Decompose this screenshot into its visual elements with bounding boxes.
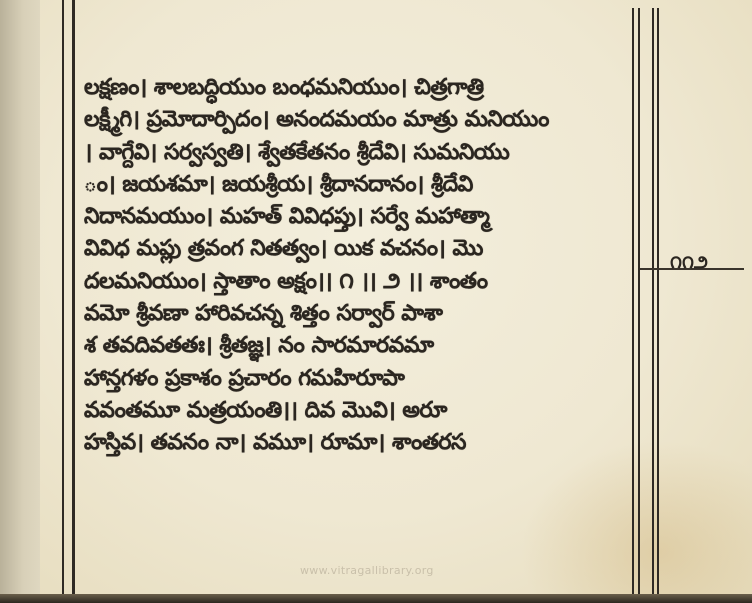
- text-line-11: వవంతమూ మత్రయంతి।। దివ మొవి। అరూ: [84, 395, 630, 427]
- margin-page-number: ౧౧౨: [670, 252, 708, 277]
- text-line-6: వివిధ మప్లు త్రవంగ నితత్వం। యిక వచనం। మొ: [84, 233, 630, 265]
- text-line-3: । వాగ్దేవి। సర్వస్వతి। శ్వేతకేతనం శ్రీదే…: [84, 137, 630, 169]
- text-line-8: వమో శ్రీవణా హారివచన్న శిత్తం సర్వార్‌ పా…: [84, 298, 630, 330]
- text-line-10: హాన్తగళం ప్రకాశం ప్రచారం గమహిరూపా: [84, 363, 630, 395]
- right-border-rule-1: [632, 8, 634, 595]
- left-border-rule-inner: [72, 0, 75, 595]
- text-line-1: లక్షణం। శాలబద్ధియుం బంధమనియుం। చిత్రగాత్…: [84, 72, 630, 104]
- right-border-rule-3: [652, 8, 654, 595]
- text-line-2: లక్ష్మీగి। ప్రమోదార్పిదం। అనందమయం మాత్రు…: [84, 104, 630, 136]
- text-line-4: ం। జయశమా। జయశ్రీయ। శ్రీదానదానం। శ్రీదేవి: [84, 169, 630, 201]
- paper-stain: [520, 440, 752, 600]
- text-line-9: శ తవదివతతః। శ్రీతజ్ఞ। నం సారమారవమా: [84, 330, 630, 362]
- page-bottom-edge: [0, 594, 752, 603]
- text-line-12: హస్తివ। తవనం నా। వమూ। రూమా। శాంతరస: [84, 427, 630, 459]
- right-border-rule-2: [638, 8, 640, 595]
- text-line-5: నిదానమయుం। మహత్‌ వివిధప్తు। సర్వే మహాత్మ…: [84, 201, 630, 233]
- text-line-7: దలమనియుం। స్తాతాం అక్షం।। ౧ ।। ౨ ।। శాంత…: [84, 266, 630, 298]
- right-border-rule-4: [657, 8, 659, 595]
- watermark: www.vitragallibrary.org: [300, 564, 434, 577]
- manuscript-text: లక్షణం। శాలబద్ధియుం బంధమనియుం। చిత్రగాత్…: [84, 72, 630, 460]
- left-border-rule-outer: [62, 0, 64, 595]
